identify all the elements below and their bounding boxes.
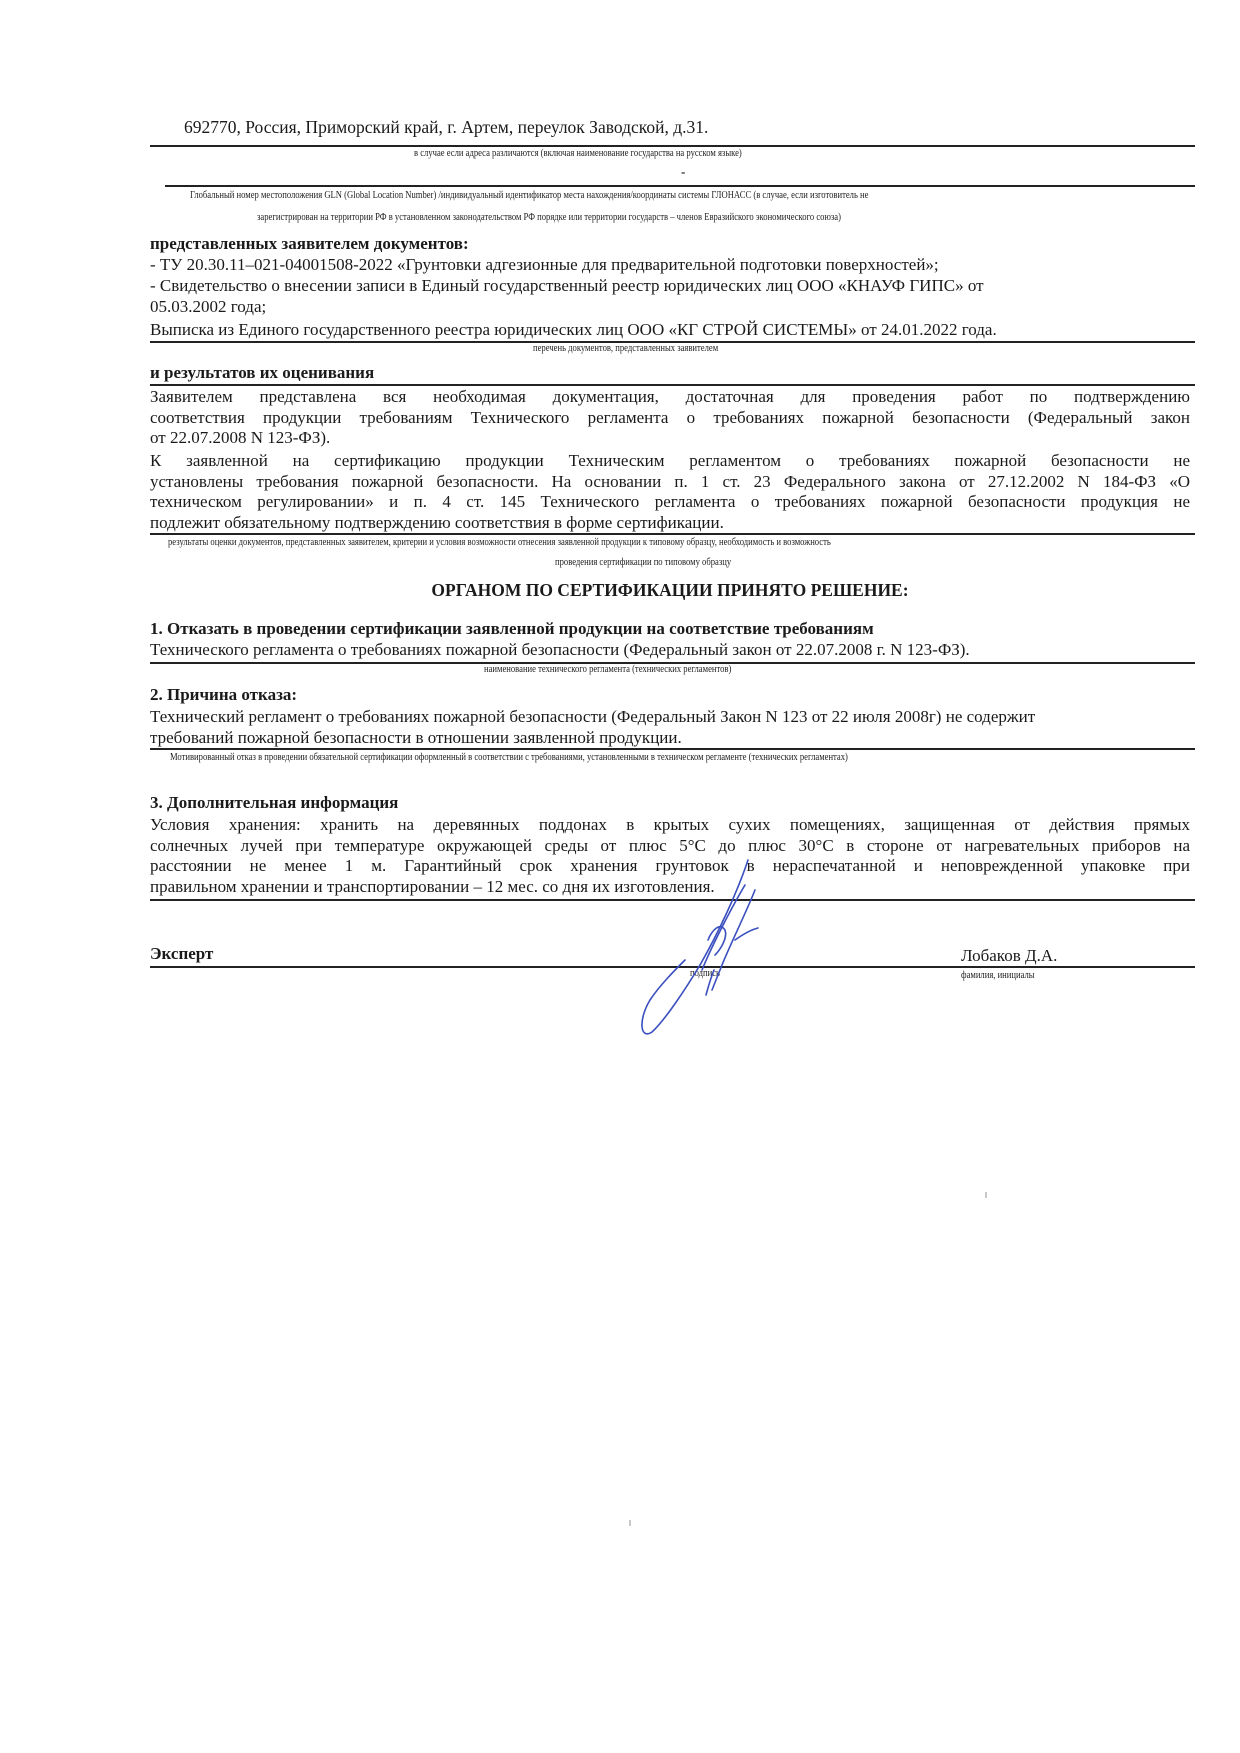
paragraph-line: Условия хранения: хранить на деревянных …	[150, 815, 1190, 836]
paragraph-line: от 22.07.2008 N 123-ФЗ).	[150, 428, 1190, 449]
item2-caption: Мотивированный отказ в проведении обязат…	[170, 752, 848, 764]
scan-speck	[985, 1192, 987, 1198]
evaluation-caption-line2: проведения сертификации по типовому обра…	[555, 557, 731, 569]
expert-name: Лобаков Д.А.	[961, 946, 1057, 966]
item2-heading: 2. Причина отказа:	[150, 685, 297, 705]
paragraph-line: Заявителем представлена вся необходимая …	[150, 387, 1190, 408]
documents-heading: представленных заявителем документов:	[150, 234, 469, 254]
gln-value: -	[681, 164, 685, 180]
paragraph-line: соответствия продукции требованиям Техни…	[150, 408, 1190, 429]
document-item: Выписка из Единого государственного реес…	[150, 320, 997, 340]
item2-underline	[150, 748, 1195, 750]
manufacturer-address: 692770, Россия, Приморский край, г. Арте…	[184, 117, 708, 137]
item1-heading: 1. Отказать в проведении сертификации за…	[150, 619, 874, 639]
address-underline	[150, 145, 1195, 147]
item1-caption: наименование технического регламента (те…	[484, 664, 731, 676]
evaluation-paragraph-1: Заявителем представлена вся необходимая …	[150, 387, 1190, 449]
item1-text: Технического регламента о требованиях по…	[150, 640, 970, 660]
decision-heading: ОРГАНОМ ПО СЕРТИФИКАЦИИ ПРИНЯТО РЕШЕНИЕ:	[150, 580, 1190, 601]
expert-role-label: Эксперт	[150, 944, 213, 964]
expert-name-caption: фамилия, инициалы	[961, 970, 1035, 982]
evaluation-heading-underline	[150, 384, 1195, 386]
document-item: - Свидетельство о внесении записи в Един…	[150, 276, 984, 296]
gln-caption-line1: Глобальный номер местоположения GLN (Glo…	[190, 190, 868, 202]
documents-caption: перечень документов, представленных заяв…	[533, 343, 718, 355]
paragraph-line: подлежит обязательному подтверждению соо…	[150, 513, 1190, 534]
paragraph-line: К заявленной на сертификацию продукции Т…	[150, 451, 1190, 472]
gln-caption-line2: зарегистрирован на территории РФ в устан…	[257, 212, 841, 224]
document-page: 692770, Россия, Приморский край, г. Арте…	[0, 0, 1240, 1753]
item3-heading: 3. Дополнительная информация	[150, 793, 398, 813]
item2-text-line: требований пожарной безопасности в отнош…	[150, 728, 682, 748]
evaluation-heading: и результатов их оценивания	[150, 363, 374, 383]
evaluation-underline	[150, 533, 1195, 535]
document-item: 05.03.2002 года;	[150, 297, 266, 317]
paragraph-line: техническом регулировании» и п. 4 ст. 14…	[150, 492, 1190, 513]
item2-text-line: Технический регламент о требованиях пожа…	[150, 707, 1035, 727]
scan-speck	[629, 1520, 631, 1526]
paragraph-line: установлены требования пожарной безопасн…	[150, 472, 1190, 493]
document-item: - ТУ 20.30.11–021-04001508-2022 «Грунтов…	[150, 255, 939, 275]
address-caption: в случае если адреса различаются (включа…	[414, 148, 742, 160]
evaluation-caption-line1: результаты оценки документов, представле…	[168, 537, 831, 549]
handwritten-signature-icon	[630, 860, 800, 1030]
evaluation-paragraph-2: К заявленной на сертификацию продукции Т…	[150, 451, 1190, 533]
gln-underline	[165, 185, 1195, 187]
paragraph-line: солнечных лучей при температуре окружающ…	[150, 836, 1190, 857]
